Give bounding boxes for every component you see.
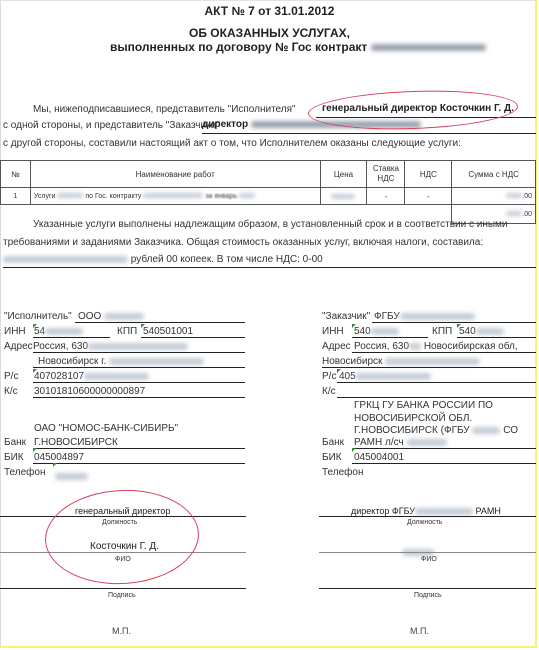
executor-inn-line bbox=[33, 337, 110, 338]
contract-label: выполненных по договору № Гос контракт bbox=[110, 40, 367, 54]
customer-label: "Заказчик" bbox=[322, 311, 370, 322]
customer-name: ФГБУ bbox=[374, 311, 475, 322]
total-decimals: .00 bbox=[522, 193, 532, 200]
customer-position: директор ФГБУ РАМН bbox=[351, 506, 501, 516]
executor-sign-caption: Подпись bbox=[108, 592, 136, 599]
customer-bik-label: БИК bbox=[322, 452, 342, 463]
redacted-amount-words bbox=[3, 256, 128, 263]
bank-line-3b: СО bbox=[503, 425, 518, 436]
executor-kpp-line bbox=[141, 337, 245, 338]
executor-stamp-label: М.П. bbox=[112, 626, 131, 636]
executor-label: "Исполнитель" bbox=[4, 311, 72, 322]
redacted-total-int bbox=[506, 193, 522, 198]
customer-bank-2: НОВОСИБИРСКОЙ ОБЛ. bbox=[354, 413, 472, 424]
customer-rs-label: Р/с bbox=[322, 371, 336, 382]
executor-address-1: Россия, 630 bbox=[33, 341, 188, 352]
redacted-inn bbox=[45, 328, 83, 335]
executor-bank-1: ОАО "НОМОС-БАНК-СИБИРЬ" bbox=[34, 423, 178, 434]
customer-address-line-1 bbox=[352, 352, 536, 353]
customer-rep-underline bbox=[202, 133, 536, 134]
redacted-contract-ref bbox=[143, 193, 203, 198]
redacted-account bbox=[407, 439, 447, 446]
header-total: Сумма с НДС bbox=[452, 161, 536, 188]
customer-org-form: ФГБУ bbox=[374, 311, 400, 322]
act-subtitle: ОБ ОКАЗАННЫХ УСЛУГАХ, bbox=[0, 26, 539, 40]
customer-kpp: 540 bbox=[459, 326, 504, 337]
customer-position-caption: Должность bbox=[407, 519, 442, 526]
row-work-name: Услуги по Гос. контракту за январь bbox=[30, 188, 320, 205]
intro-line-3: с другой стороны, составили настоящий ак… bbox=[3, 138, 461, 149]
customer-inn-label: ИНН bbox=[322, 326, 344, 337]
row-vat-rate: - bbox=[367, 188, 405, 205]
executor-address-label: Адрес bbox=[4, 341, 33, 352]
address-line-2: Новосибирск bbox=[322, 356, 382, 367]
executor-bank-2: Г.НОВОСИБИРСК bbox=[34, 437, 118, 448]
services-table: № Наименование работ Цена Ставка НДС НДС… bbox=[0, 160, 536, 224]
inn-prefix: 540 bbox=[354, 326, 371, 337]
header-number: № bbox=[1, 161, 31, 188]
customer-phone-label: Телефон bbox=[322, 467, 363, 478]
customer-address-1: Россия, 630 Новосибирская обл, bbox=[354, 341, 518, 352]
rs-prefix: 405 bbox=[339, 371, 356, 382]
customer-bank-1: ГРКЦ ГУ БАНКА РОССИИ ПО bbox=[354, 400, 493, 411]
redacted-kpp bbox=[476, 328, 504, 335]
table-row: 1 Услуги по Гос. контракту за январь - -… bbox=[1, 188, 536, 205]
executor-bik: 045004897 bbox=[34, 452, 84, 463]
customer-address-2: Новосибирск bbox=[322, 356, 480, 367]
redacted-grand-total bbox=[506, 211, 522, 216]
executor-kpp: 540501001 bbox=[143, 326, 193, 337]
customer-sign-line bbox=[319, 588, 536, 589]
executor-bank-line bbox=[33, 448, 245, 449]
address-region: Новосибирская обл, bbox=[424, 341, 518, 352]
row-vat: - bbox=[405, 188, 452, 205]
customer-kpp-line bbox=[457, 337, 536, 338]
customer-address-label: Адрес bbox=[322, 341, 351, 352]
executor-inn-label: ИНН bbox=[4, 326, 26, 337]
header-vat: НДС bbox=[405, 161, 452, 188]
customer-ks-label: К/с bbox=[322, 386, 336, 397]
customer-address-line-2 bbox=[322, 367, 536, 368]
customer-rep-title: директор bbox=[202, 119, 248, 130]
address-line-1: Россия, 630 bbox=[33, 341, 88, 352]
customer-rs-line bbox=[337, 382, 536, 383]
executor-ks-label: К/с bbox=[4, 386, 18, 397]
amount-text: рублей 00 копеек. В том числе НДС: 0-00 bbox=[131, 254, 323, 265]
customer-inn-line bbox=[352, 337, 428, 338]
intro-line-2: с одной стороны, и представитель "Заказч… bbox=[3, 120, 220, 131]
act-title: АКТ № 7 от 31.01.2012 bbox=[0, 4, 539, 18]
header-price: Цена bbox=[320, 161, 367, 188]
customer-bank-label: Банк bbox=[322, 437, 344, 448]
customer-stamp-label: М.П. bbox=[410, 626, 429, 636]
address-line-1: Россия, 630 bbox=[354, 341, 409, 352]
customer-kpp-label: КПП bbox=[432, 326, 452, 337]
bank-line-4: РАМН л/сч bbox=[354, 437, 404, 448]
executor-address-line-2 bbox=[33, 367, 245, 368]
redacted-service-type bbox=[57, 193, 83, 198]
customer-inn: 540 bbox=[354, 326, 399, 337]
kpp-prefix: 540 bbox=[459, 326, 476, 337]
redacted-contract-number bbox=[371, 44, 486, 51]
executor-phone bbox=[55, 468, 88, 486]
executor-name: ООО bbox=[78, 311, 144, 322]
header-work-name: Наименование работ bbox=[30, 161, 320, 188]
redacted-year bbox=[239, 193, 255, 198]
executor-bik-line bbox=[33, 463, 245, 464]
redacted-rs bbox=[356, 373, 431, 380]
bank-line-3a: Г.НОВОСИБИРСК (ФГБУ bbox=[354, 425, 470, 436]
executor-address-line-1 bbox=[33, 352, 245, 353]
customer-position-prefix: директор ФГБУ bbox=[351, 506, 415, 516]
table-header-row: № Наименование работ Цена Ставка НДС НДС… bbox=[1, 161, 536, 188]
executor-rs: 407028107 bbox=[34, 371, 149, 382]
grand-total-decimals: .00 bbox=[522, 211, 532, 218]
work-name-suffix: за январь bbox=[205, 193, 237, 200]
executor-org-form: ООО bbox=[78, 311, 101, 322]
customer-name-line bbox=[372, 322, 536, 323]
row-number: 1 bbox=[1, 188, 31, 205]
executor-kpp-label: КПП bbox=[117, 326, 137, 337]
customer-position-suffix: РАМН bbox=[476, 506, 501, 516]
redacted-price bbox=[331, 194, 355, 199]
customer-bank-3: Г.НОВОСИБИРСК (ФГБУ СО bbox=[354, 425, 518, 436]
executor-ks-line bbox=[33, 397, 245, 398]
redacted-phone bbox=[55, 473, 88, 480]
conclusion-underline bbox=[3, 267, 536, 268]
redacted-inn bbox=[371, 328, 399, 335]
executor-rs-label: Р/с bbox=[4, 371, 18, 382]
row-total: .00 bbox=[452, 188, 536, 205]
customer-bank-4: РАМН л/сч bbox=[354, 437, 447, 448]
executor-bank-label: Банк bbox=[4, 437, 26, 448]
cell-marker-icon bbox=[53, 463, 57, 467]
executor-inn: 54 bbox=[34, 326, 83, 337]
executor-bik-label: БИК bbox=[4, 452, 24, 463]
redacted-bank-org bbox=[472, 427, 500, 434]
row-price bbox=[320, 188, 367, 205]
executor-sign-line bbox=[0, 588, 246, 589]
redacted-address-2 bbox=[385, 358, 480, 365]
executor-address-2: Новосибирск г. bbox=[38, 356, 204, 367]
customer-ks-line bbox=[337, 397, 536, 398]
customer-bank-line bbox=[352, 448, 536, 449]
customer-bik-line bbox=[352, 463, 536, 464]
customer-sign-caption: Подпись bbox=[414, 592, 442, 599]
redacted-zip bbox=[409, 343, 421, 350]
intro-line-1: Мы, нижеподписавшиеся, представитель "Ис… bbox=[33, 104, 296, 115]
executor-rs-line bbox=[33, 382, 245, 383]
conclusion-line-1: Указанные услуги выполнены надлежащим об… bbox=[33, 219, 508, 230]
act-contract-line: выполненных по договору № Гос контракт bbox=[110, 40, 486, 54]
customer-position-line bbox=[319, 516, 536, 517]
customer-bik: 045004001 bbox=[354, 452, 404, 463]
address-line-2: Новосибирск г. bbox=[38, 356, 106, 367]
conclusion-line-3: рублей 00 копеек. В том числе НДС: 0-00 bbox=[3, 254, 323, 265]
executor-name-line bbox=[75, 322, 245, 323]
redacted-executor-name bbox=[104, 313, 144, 320]
executor-phone-label: Телефон bbox=[4, 467, 45, 478]
customer-fio-caption: ФИО bbox=[421, 556, 437, 563]
redacted-address-2 bbox=[109, 358, 204, 365]
inn-prefix: 54 bbox=[34, 326, 45, 337]
redacted-address-1 bbox=[88, 343, 188, 350]
rs-prefix: 407028107 bbox=[34, 371, 84, 382]
redacted-customer-name bbox=[400, 313, 475, 320]
customer-fio-line bbox=[319, 552, 536, 553]
header-vat-rate: Ставка НДС bbox=[367, 161, 405, 188]
executor-ks: 30101810600000000897 bbox=[34, 386, 145, 397]
work-name-prefix: Услуги bbox=[34, 193, 56, 200]
customer-rs: 405 bbox=[339, 371, 431, 382]
redacted-rs bbox=[84, 373, 149, 380]
conclusion-line-2: требованиями и заданиями Заказчика. Обща… bbox=[3, 237, 483, 248]
work-name-middle: по Гос. контракту bbox=[85, 193, 141, 200]
redacted-customer-org bbox=[415, 508, 473, 515]
